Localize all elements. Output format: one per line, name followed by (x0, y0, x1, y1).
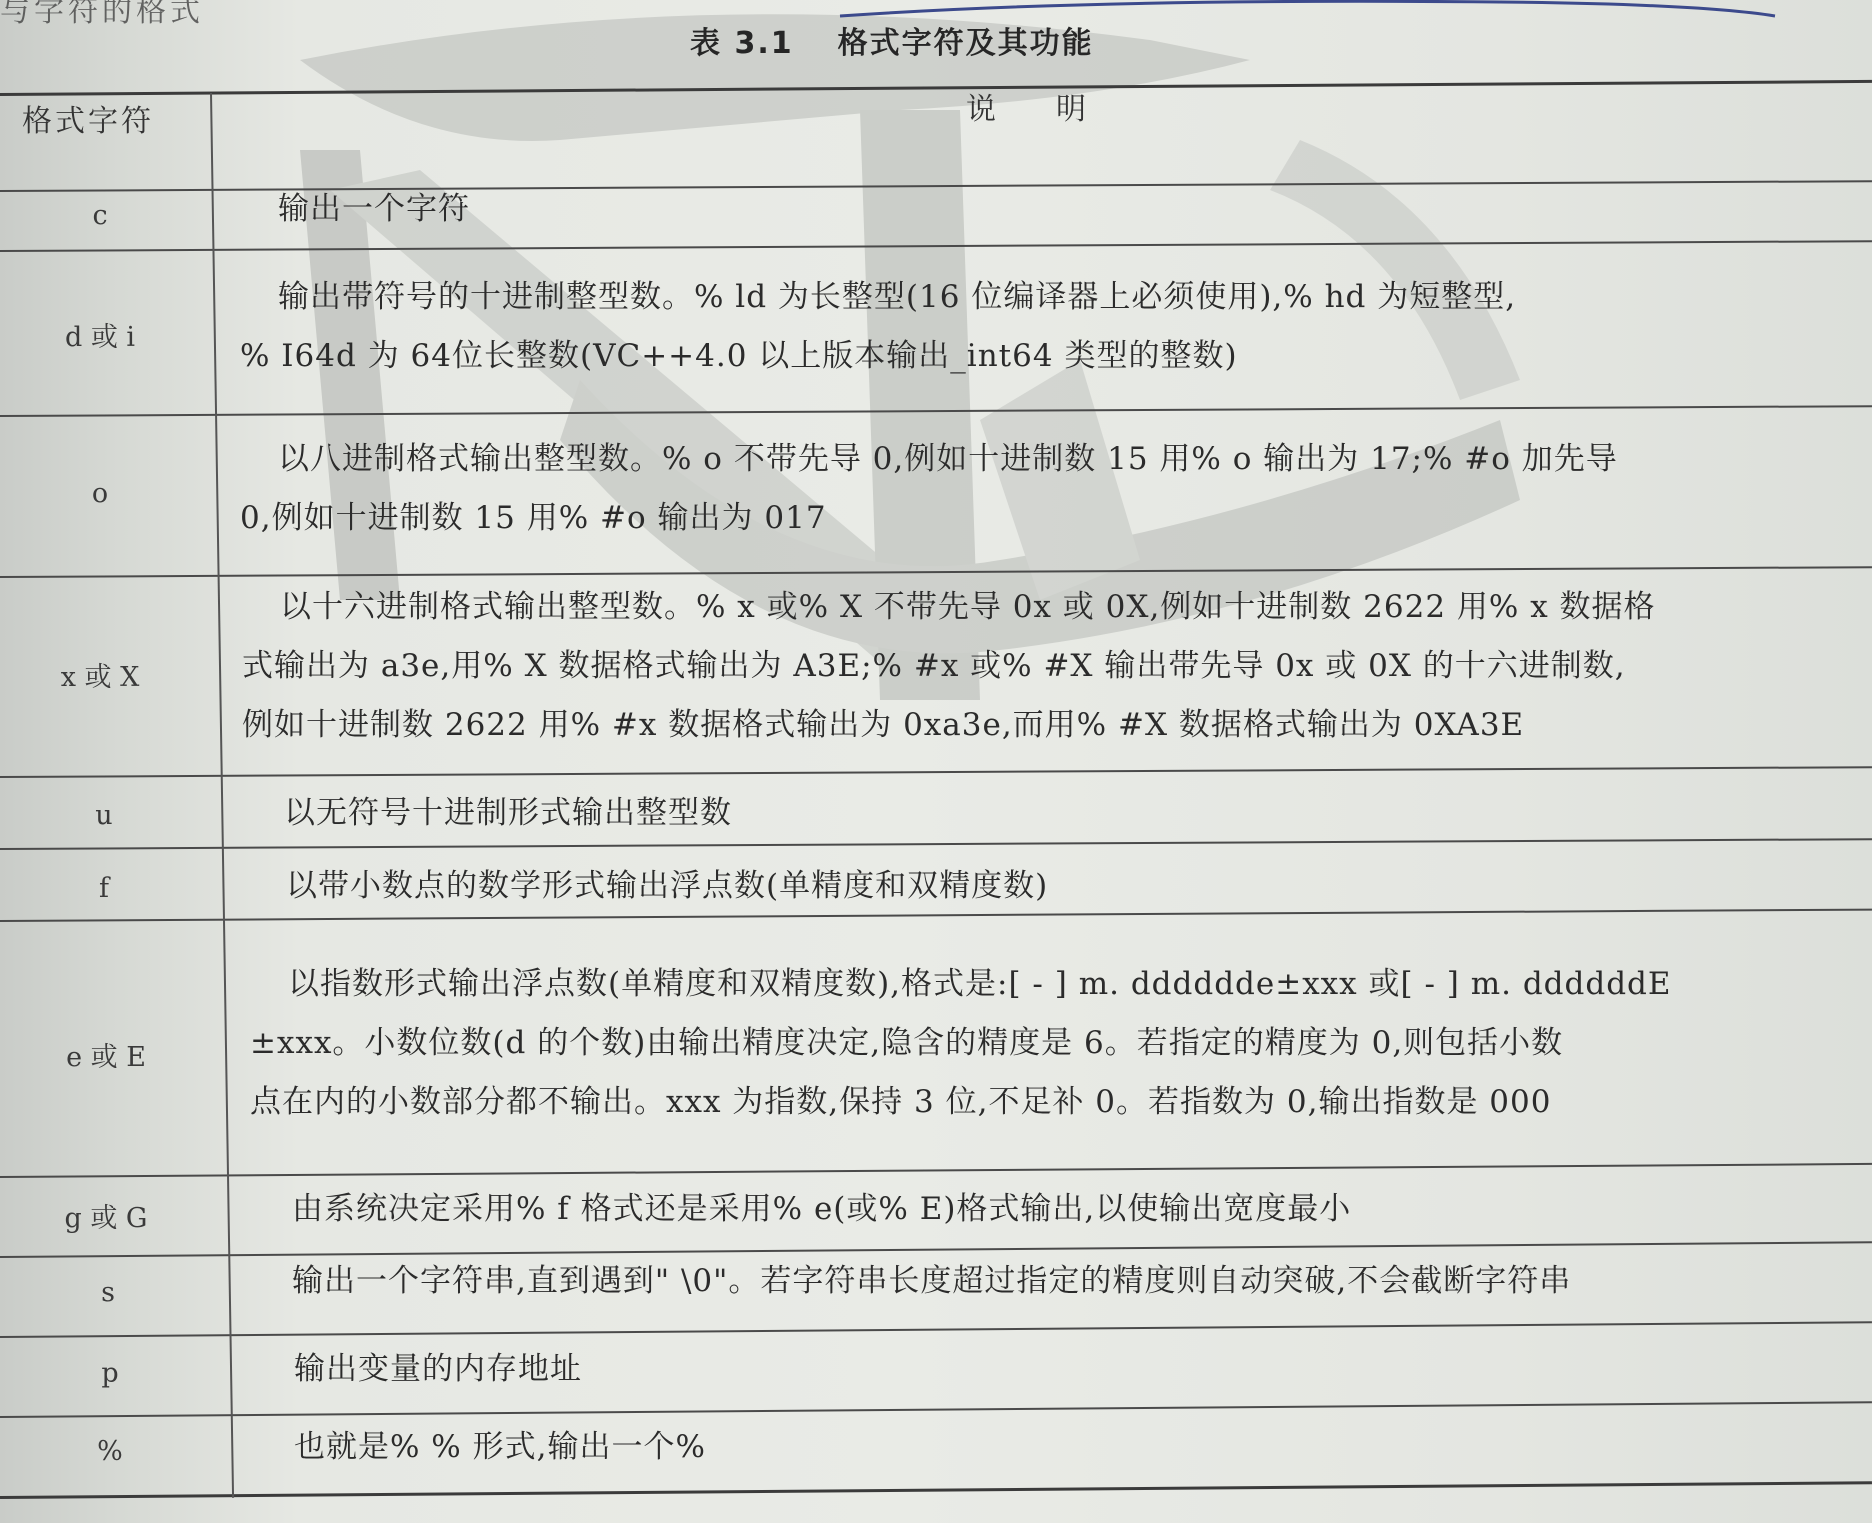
format-char-s: s (8, 1277, 208, 1308)
description-p: 输出变量的内存地址 (294, 1340, 582, 1399)
row-divider (0, 766, 1872, 778)
previous-text-fragment: 与字符的格式 (0, 0, 204, 30)
format-char-x-or-X: x 或 X (0, 655, 200, 694)
format-char-e-or-E: e 或 E (6, 1035, 206, 1074)
row-divider (0, 240, 1872, 252)
row-divider (0, 566, 1872, 578)
description-g-or-G: 由系统决定采用% f 格式还是采用% e(或% E)格式输出,以使输出宽度最小 (292, 1180, 1351, 1239)
description-o: 以八进制格式输出整型数。% o 不带先导 0,例如十进制数 15 用% o 输出… (240, 430, 1618, 548)
format-char-c: c (0, 200, 200, 231)
description-x-or-X: 以十六进制格式输出整型数。% x 或% X 不带先导 0x 或 0X,例如十进制… (242, 578, 1656, 755)
table-top-border (0, 80, 1872, 96)
format-char-d-or-i: d 或 i (0, 315, 200, 354)
description-e-or-E: 以指数形式输出浮点数(单精度和双精度数),格式是:[ - ] m. dddddd… (250, 955, 1672, 1132)
format-char-o: o (0, 478, 200, 509)
description-percent: 也就是% % 形式,输出一个% (294, 1418, 706, 1477)
header-format-char: 格式字符 (22, 96, 154, 140)
photographed-textbook-page: 与字符的格式 表 3.1格式字符及其功能 格式字符 说明 c 输出一个字符 d … (0, 0, 1872, 1523)
table-title: 格式字符及其功能 (838, 26, 1094, 61)
column-divider (210, 93, 234, 1498)
format-char-u: u (4, 800, 204, 831)
table-number: 表 3.1 (690, 26, 794, 61)
row-divider (0, 405, 1872, 417)
format-char-percent: % (10, 1436, 210, 1467)
description-s: 输出一个字符串,直到遇到" \0"。若字符串长度超过指定的精度则自动突破,不会截… (292, 1252, 1571, 1311)
table-caption: 表 3.1格式字符及其功能 (690, 18, 1094, 62)
row-divider (0, 1401, 1872, 1418)
row-divider (0, 1321, 1872, 1338)
row-divider (0, 838, 1872, 850)
description-u: 以无符号十进制形式输出整型数 (284, 784, 732, 843)
description-f: 以带小数点的数学形式输出浮点数(单精度和双精度数) (286, 857, 1048, 916)
format-char-p: p (10, 1358, 210, 1389)
format-char-g-or-G: g 或 G (6, 1196, 206, 1235)
description-d-or-i: 输出带符号的十进制整型数。% ld 为长整型(16 位编译器上必须使用),% h… (240, 268, 1516, 386)
header-description: 说明 (966, 84, 1146, 128)
row-divider (0, 1163, 1872, 1178)
table-bottom-border (0, 1481, 1872, 1499)
format-char-f: f (4, 873, 204, 904)
description-c: 输出一个字符 (278, 180, 470, 239)
